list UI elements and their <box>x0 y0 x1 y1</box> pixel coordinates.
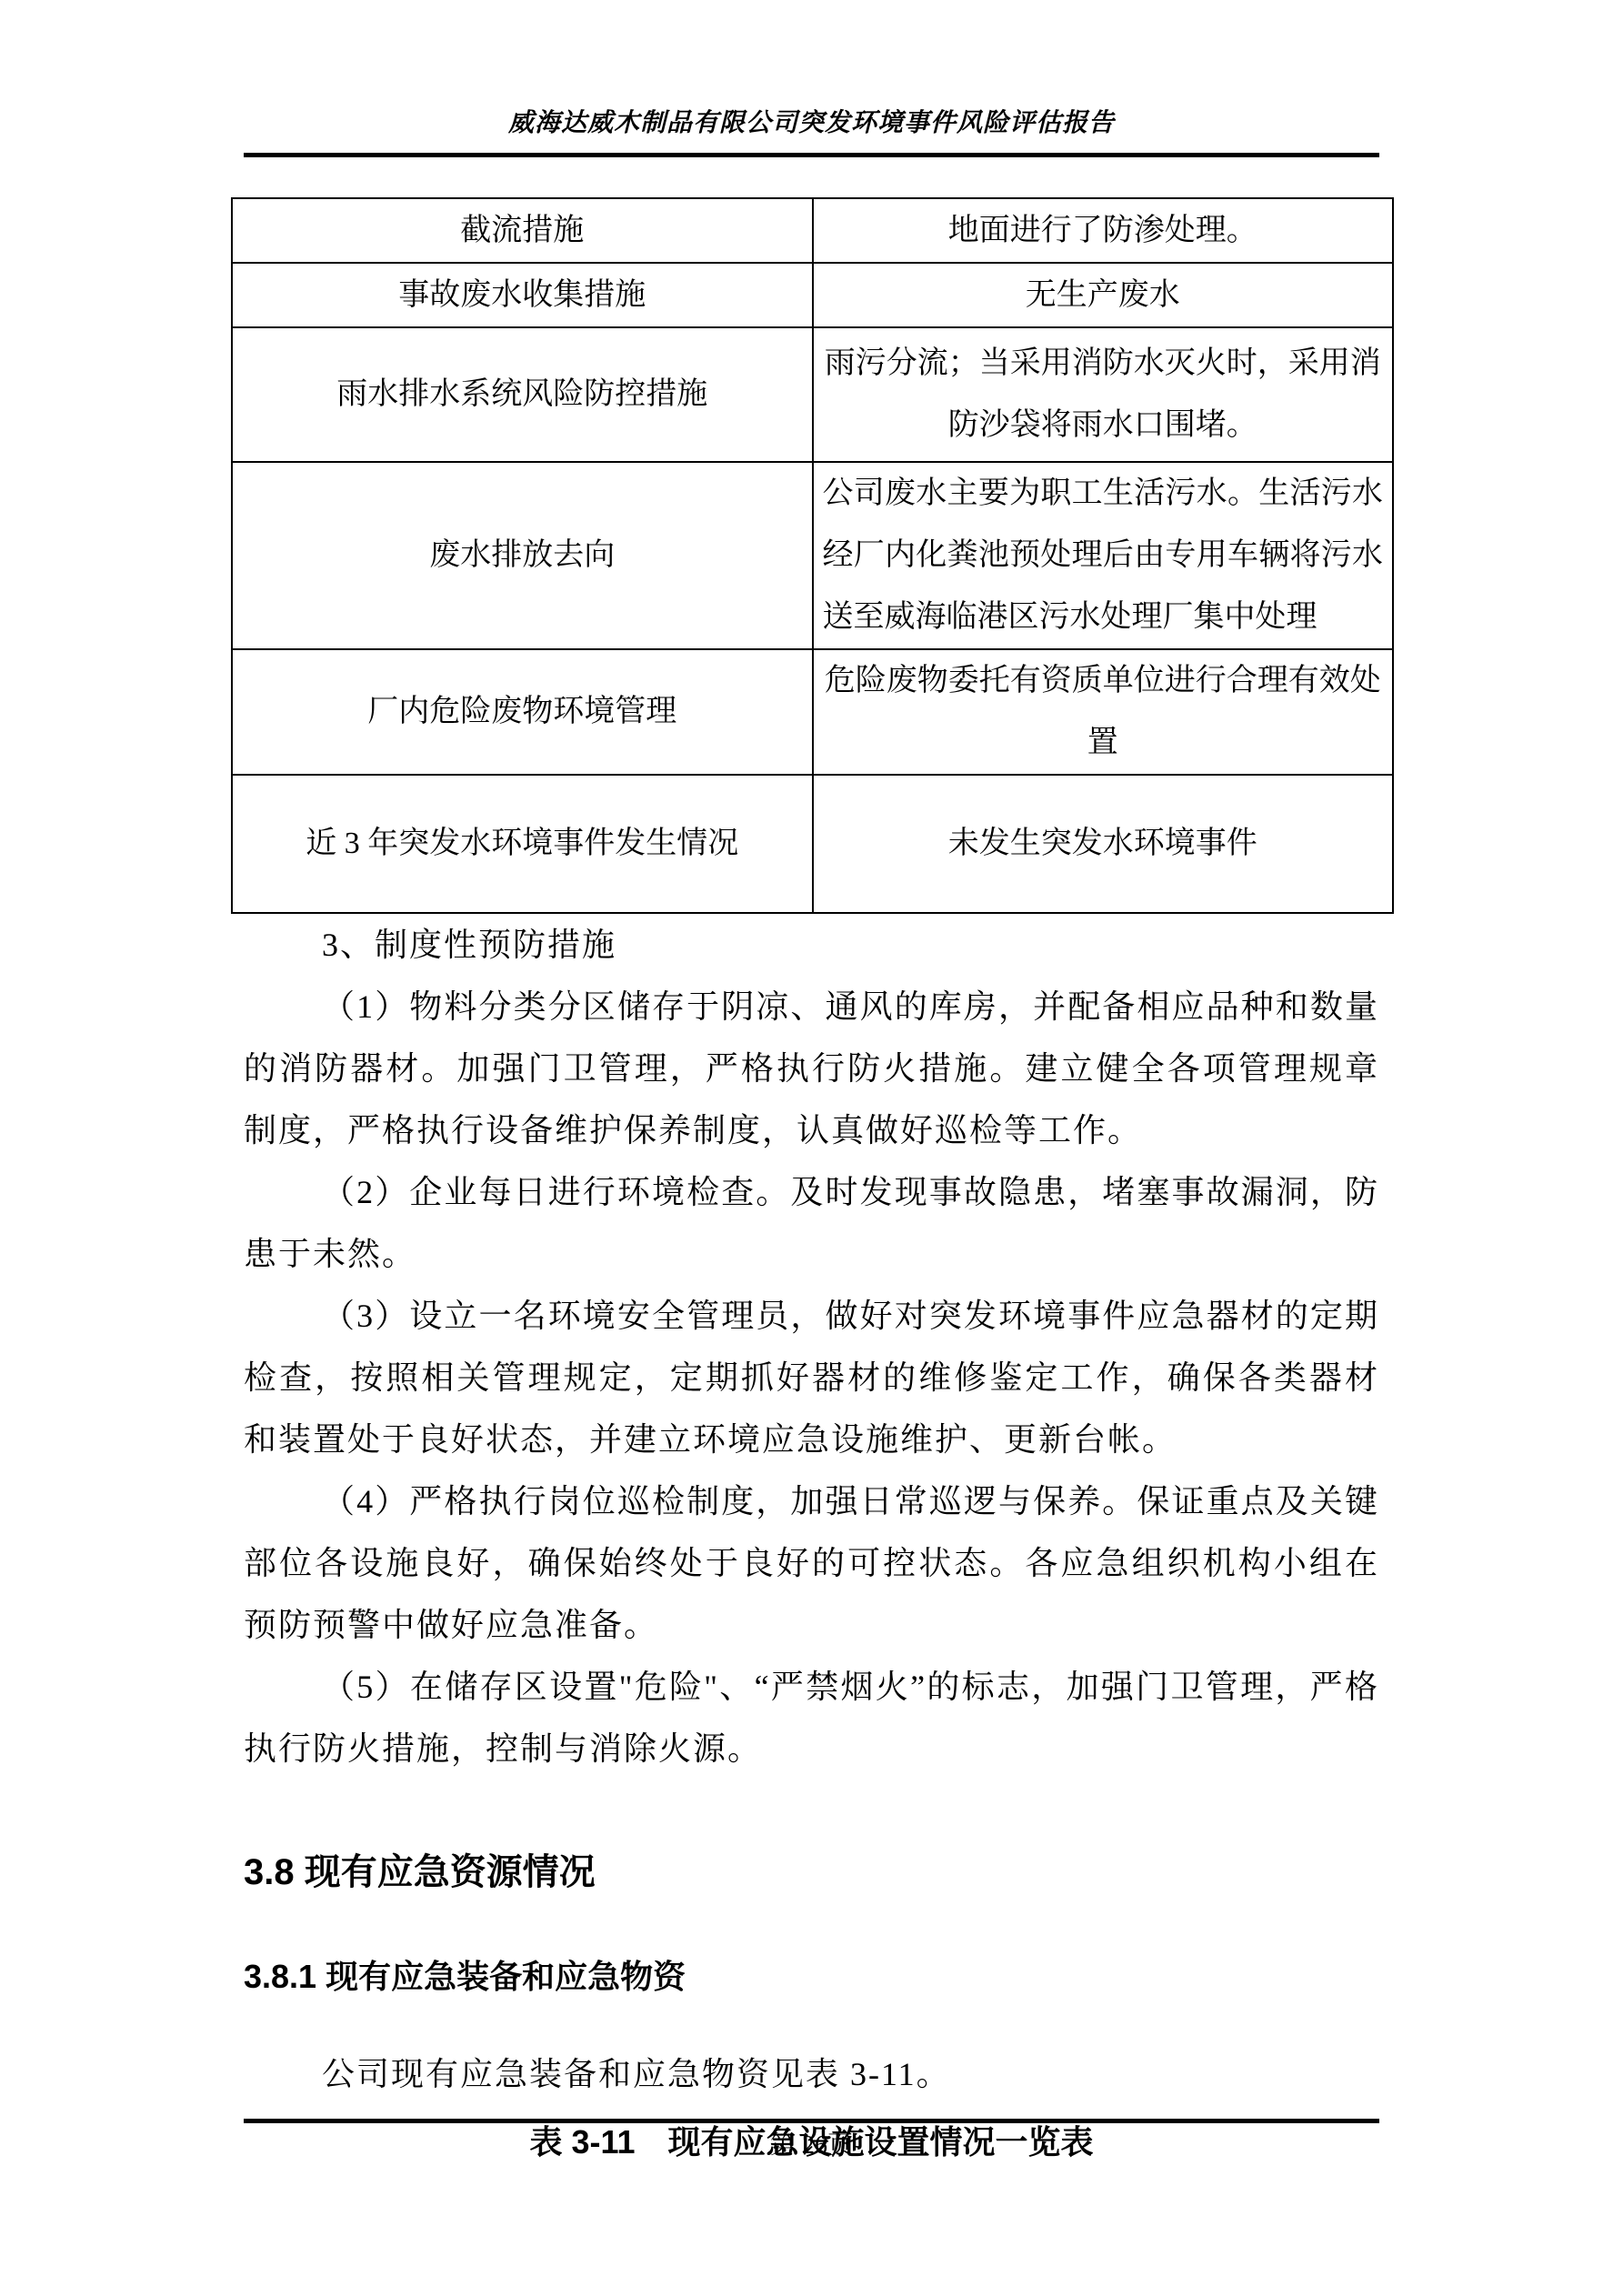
measure-item-5: （5）在储存区设置"危险"、“严禁烟火”的标志，加强门卫管理，严格执行防火措施，… <box>244 1656 1379 1780</box>
row-value-cell: 地面进行了防渗处理。 <box>813 198 1394 263</box>
row-label-cell: 截流措施 <box>232 198 813 263</box>
row-value-cell: 无生产废水 <box>813 263 1394 327</box>
row-label-cell: 厂内危险废物环境管理 <box>232 649 813 775</box>
row-label-cell: 事故废水收集措施 <box>232 263 813 327</box>
measure-item-1: （1）物料分类分区储存于阴凉、通风的库房，并配备相应品种和数量的消防器材。加强门… <box>244 976 1379 1161</box>
table-row: 事故废水收集措施 无生产废水 <box>232 263 1393 327</box>
page-content: 威海达威木制品有限公司突发环境事件风险评估报告 截流措施 地面进行了防渗处理。 … <box>244 0 1379 2162</box>
table-row: 厂内危险废物环境管理 危险废物委托有资质单位进行合理有效处置 <box>232 649 1393 775</box>
document-page: { "page": { "header_title": "威海达威木制品有限公司… <box>0 0 1623 2296</box>
page-number: 第 26页 <box>244 2128 1379 2164</box>
measure-item-2: （2）企业每日进行环境检查。及时发现事故隐患，堵塞事故漏洞，防患于未然。 <box>244 1161 1379 1285</box>
list-title: 3、制度性预防措施 <box>244 914 1379 976</box>
table-row: 近 3 年突发水环境事件发生情况 未发生突发水环境事件 <box>232 775 1393 913</box>
section-heading-3-8: 3.8 现有应急资源情况 <box>244 1850 1379 1895</box>
row-label-cell: 废水排放去向 <box>232 462 813 649</box>
table-row: 雨水排水系统风险防控措施 雨污分流；当采用消防水灭火时，采用消防沙袋将雨水口围堵… <box>232 327 1393 462</box>
header-rule <box>244 153 1379 157</box>
footer-rule <box>244 2119 1379 2123</box>
row-label-cell: 近 3 年突发水环境事件发生情况 <box>232 775 813 913</box>
page-header-title: 威海达威木制品有限公司突发环境事件风险评估报告 <box>244 0 1379 142</box>
row-value-cell: 雨污分流；当采用消防水灭火时，采用消防沙袋将雨水口围堵。 <box>813 327 1394 462</box>
see-table-paragraph: 公司现有应急装备和应急物资见表 3-11。 <box>244 2043 1379 2105</box>
row-value-cell: 未发生突发水环境事件 <box>813 775 1394 913</box>
table-row: 截流措施 地面进行了防渗处理。 <box>232 198 1393 263</box>
row-value-cell: 公司废水主要为职工生活污水。生活污水经厂内化粪池预处理后由专用车辆将污水送至威海… <box>813 462 1394 649</box>
row-value-cell: 危险废物委托有资质单位进行合理有效处置 <box>813 649 1394 775</box>
measure-item-4: （4）严格执行岗位巡检制度，加强日常巡逻与保养。保证重点及关键部位各设施良好，确… <box>244 1470 1379 1656</box>
table-row: 废水排放去向 公司废水主要为职工生活污水。生活污水经厂内化粪池预处理后由专用车辆… <box>232 462 1393 649</box>
subsection-heading-3-8-1: 3.8.1 现有应急装备和应急物资 <box>244 1957 1379 1997</box>
row-label-cell: 雨水排水系统风险防控措施 <box>232 327 813 462</box>
measure-item-3: （3）设立一名环境安全管理员，做好对突发环境事件应急器材的定期检查，按照相关管理… <box>244 1285 1379 1470</box>
body-text: 3、制度性预防措施 （1）物料分类分区储存于阴凉、通风的库房，并配备相应品种和数… <box>244 914 1379 1780</box>
page-footer: 第 26页 <box>244 2119 1379 2164</box>
water-risk-measures-table: 截流措施 地面进行了防渗处理。 事故废水收集措施 无生产废水 雨水排水系统风险防… <box>231 197 1394 914</box>
